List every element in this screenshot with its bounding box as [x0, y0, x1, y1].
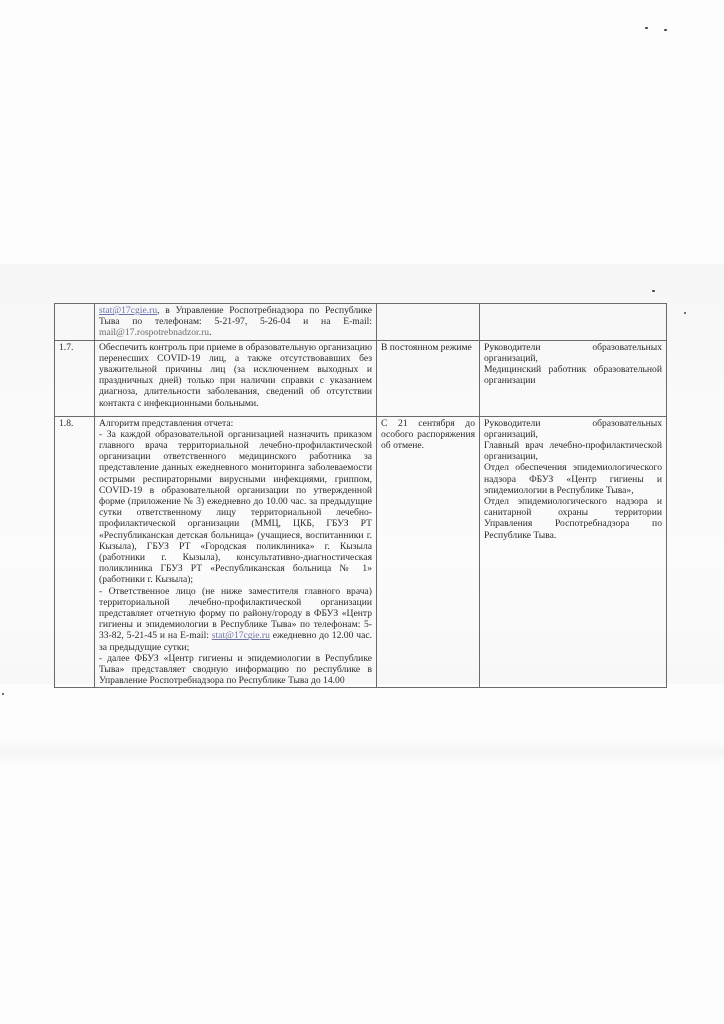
- row-number: [55, 304, 95, 341]
- deadline-cell: В постоянном режиме: [377, 340, 480, 416]
- email-link[interactable]: stat@17cgie.ru: [99, 305, 157, 316]
- scan-speck: [645, 27, 648, 29]
- email-link[interactable]: mail@17.rospotrebnadzor.ru: [99, 327, 209, 338]
- measures-table: stat@17cgie.ru, в Управление Роспотребна…: [54, 303, 667, 688]
- scan-speck: [664, 29, 667, 31]
- responsible-cell: Руководители образовательных организаций…: [480, 340, 667, 416]
- responsible-line: Медицинский работник образовательной орг…: [484, 364, 662, 386]
- scan-speck: [684, 312, 686, 314]
- table-row: 1.8. Алгоритм представления отчета: - За…: [55, 416, 667, 688]
- responsible-line: Главный врач лечебно-профилактической ор…: [484, 440, 662, 462]
- deadline-cell: [377, 304, 480, 341]
- responsible-cell: [480, 304, 667, 341]
- scan-speck: [652, 290, 655, 292]
- measure-paragraph: - За каждой образовательной организацией…: [99, 429, 372, 586]
- table-row: 1.7. Обеспечить контроль при приеме в об…: [55, 340, 667, 416]
- measure-paragraph: - Ответственное лицо (не ниже заместител…: [99, 586, 372, 653]
- responsible-line: Отдел эпидемиологического надзора и сани…: [484, 496, 662, 541]
- responsible-line: Руководители образовательных организаций…: [484, 418, 662, 440]
- responsible-line: Руководители образовательных организаций…: [484, 342, 662, 364]
- table-row: stat@17cgie.ru, в Управление Роспотребна…: [55, 304, 667, 341]
- responsible-cell: Руководители образовательных организаций…: [480, 416, 667, 688]
- row-number: 1.8.: [55, 416, 95, 688]
- measure-content: stat@17cgie.ru, в Управление Роспотребна…: [95, 304, 377, 341]
- scan-shadow-band-bottom: [0, 740, 724, 764]
- measure-heading: Алгоритм представления отчета:: [99, 418, 372, 429]
- measure-content: Обеспечить контроль при приеме в образов…: [95, 340, 377, 416]
- measure-paragraph: - далее ФБУЗ «Центр гигиены и эпидемиоло…: [99, 653, 372, 687]
- deadline-cell: С 21 сентября до особого распоряжения об…: [377, 416, 480, 688]
- responsible-line: Отдел обеспечения эпидемиологического на…: [484, 462, 662, 496]
- row-number: 1.7.: [55, 340, 95, 416]
- scan-speck: [2, 693, 4, 695]
- email-link[interactable]: stat@17cgie.ru: [212, 630, 270, 641]
- measure-content: Алгоритм представления отчета: - За кажд…: [95, 416, 377, 688]
